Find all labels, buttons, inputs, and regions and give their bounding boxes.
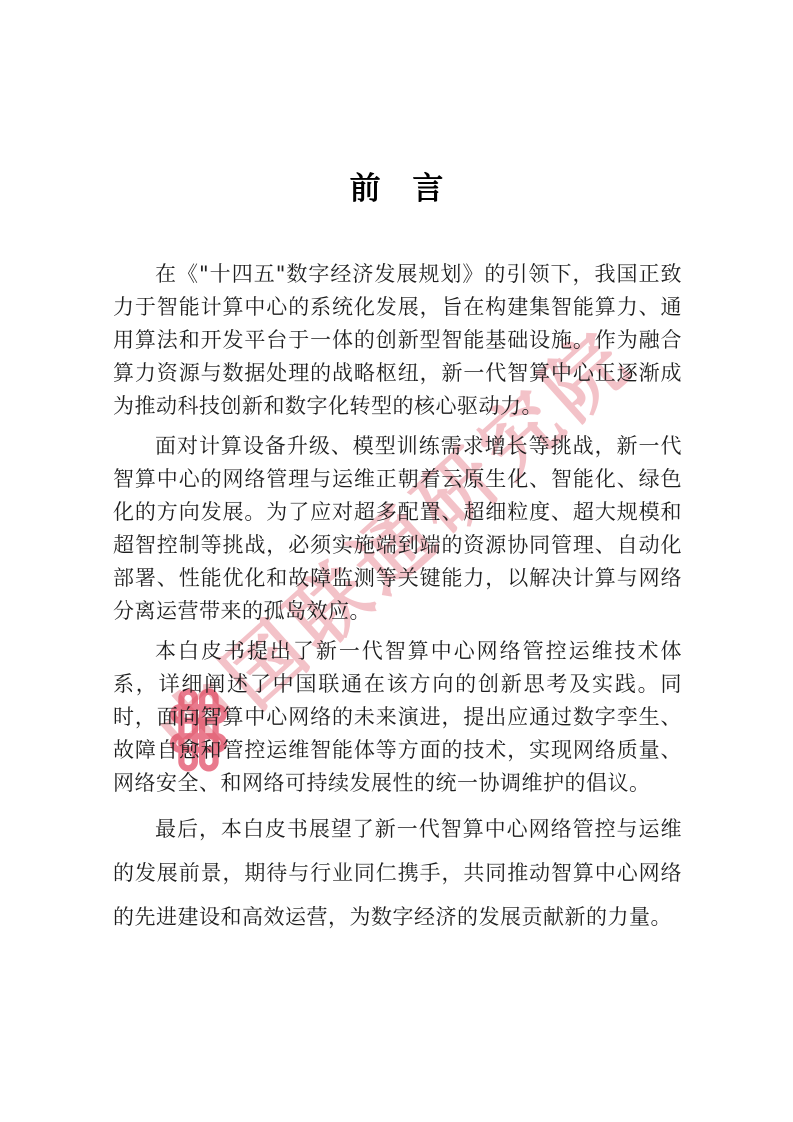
body-paragraph-4: 最后，本白皮书展望了新一代智算中心网络管控与运维的发展前景，期待与行业同仁携手，… xyxy=(113,807,682,939)
body-paragraph-3: 本白皮书提出了新一代智算中心网络管控运维技术体系，详细阐述了中国联通在该方向的创… xyxy=(113,635,682,800)
body-paragraph-2: 面对计算设备升级、模型训练需求增长等挑战，新一代智算中心的网络管理与运维正朝着云… xyxy=(113,430,682,628)
page-title: 前 言 xyxy=(113,166,682,212)
body-paragraph-1: 在《"十四五"数字经济发展规划》的引领下，我国正致力于智能计算中心的系统化发展，… xyxy=(113,258,682,423)
preface-content: 前 言 在《"十四五"数字经济发展规划》的引领下，我国正致力于智能计算中心的系统… xyxy=(113,166,682,946)
document-page: 中国联通研究院 前 言 在《"十四五"数字经济发展规划》的引领下，我国正致力于智… xyxy=(0,0,793,1122)
